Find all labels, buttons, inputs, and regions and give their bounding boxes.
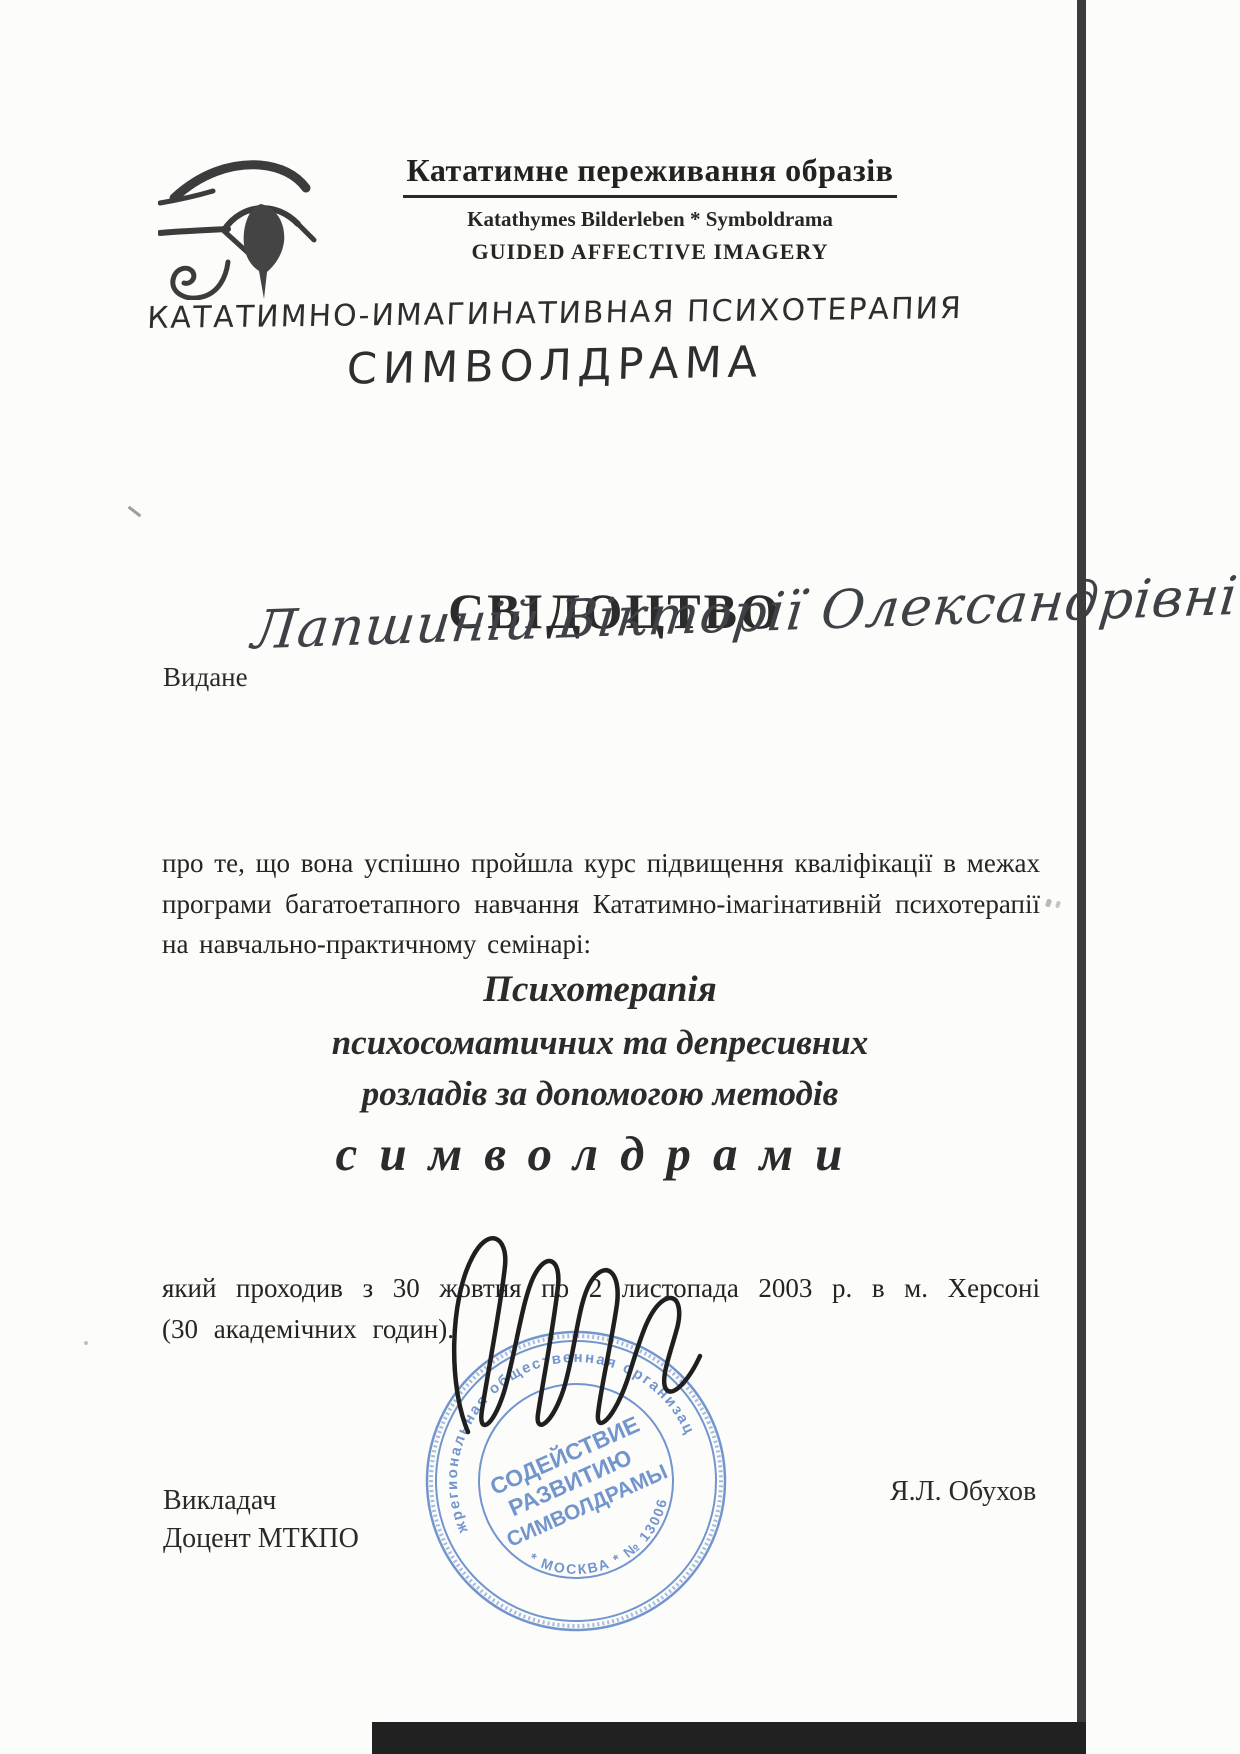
- course-title-line4: символдрами: [160, 1125, 1040, 1182]
- eyebrow-stroke: [174, 165, 306, 198]
- course-title-line1: Психотерапія: [160, 968, 1040, 1011]
- course-title-line2: психосоматичних та депресивних: [160, 1023, 1040, 1063]
- scan-artifact: [1045, 898, 1052, 907]
- scan-artifact: [84, 1341, 88, 1345]
- eye-of-horus-icon: [158, 150, 370, 300]
- org-subtitle-german: Katathymes Bilderleben * Symboldrama: [370, 207, 930, 232]
- org-subtitle-english: GUIDED AFFECTIVE IMAGERY: [370, 239, 930, 265]
- org-title: Кататимне переживання образів: [403, 152, 898, 198]
- scan-edge-line: [1077, 0, 1086, 1754]
- course-title-line3: розладів за допомогою методів: [160, 1074, 1040, 1114]
- hand-lettering-line2: СИМВОЛДРАМА: [99, 333, 1011, 399]
- left-lower-line: [160, 229, 228, 233]
- scan-artifact: [128, 506, 142, 518]
- certificate-body-text: про те, що вона успішно пройшла курс під…: [162, 843, 1040, 965]
- header-text-block: Кататимне переживання образів Katathymes…: [370, 152, 930, 265]
- outer-corner-line: [298, 224, 314, 240]
- course-title-block: Психотерапія психосоматичних та депресив…: [160, 968, 1040, 1182]
- teacher-label: Викладач: [163, 1482, 359, 1520]
- certificate-page: Кататимне переживання образів Katathymes…: [0, 0, 1240, 1754]
- teacher-block: Викладач Доцент МТКПО: [163, 1482, 359, 1558]
- handwritten-ink-signature: [428, 1180, 718, 1450]
- issued-to-label: Видане: [163, 662, 248, 693]
- scan-bottom-bar: [372, 1722, 1086, 1754]
- signature-stroke: [454, 1238, 700, 1432]
- scan-artifact: [1055, 901, 1061, 909]
- pupil-teardrop: [244, 204, 285, 299]
- spiral-curl: [173, 262, 228, 298]
- teacher-title: Доцент МТКПО: [163, 1520, 359, 1558]
- signer-name: Я.Л. Обухов: [890, 1476, 1036, 1508]
